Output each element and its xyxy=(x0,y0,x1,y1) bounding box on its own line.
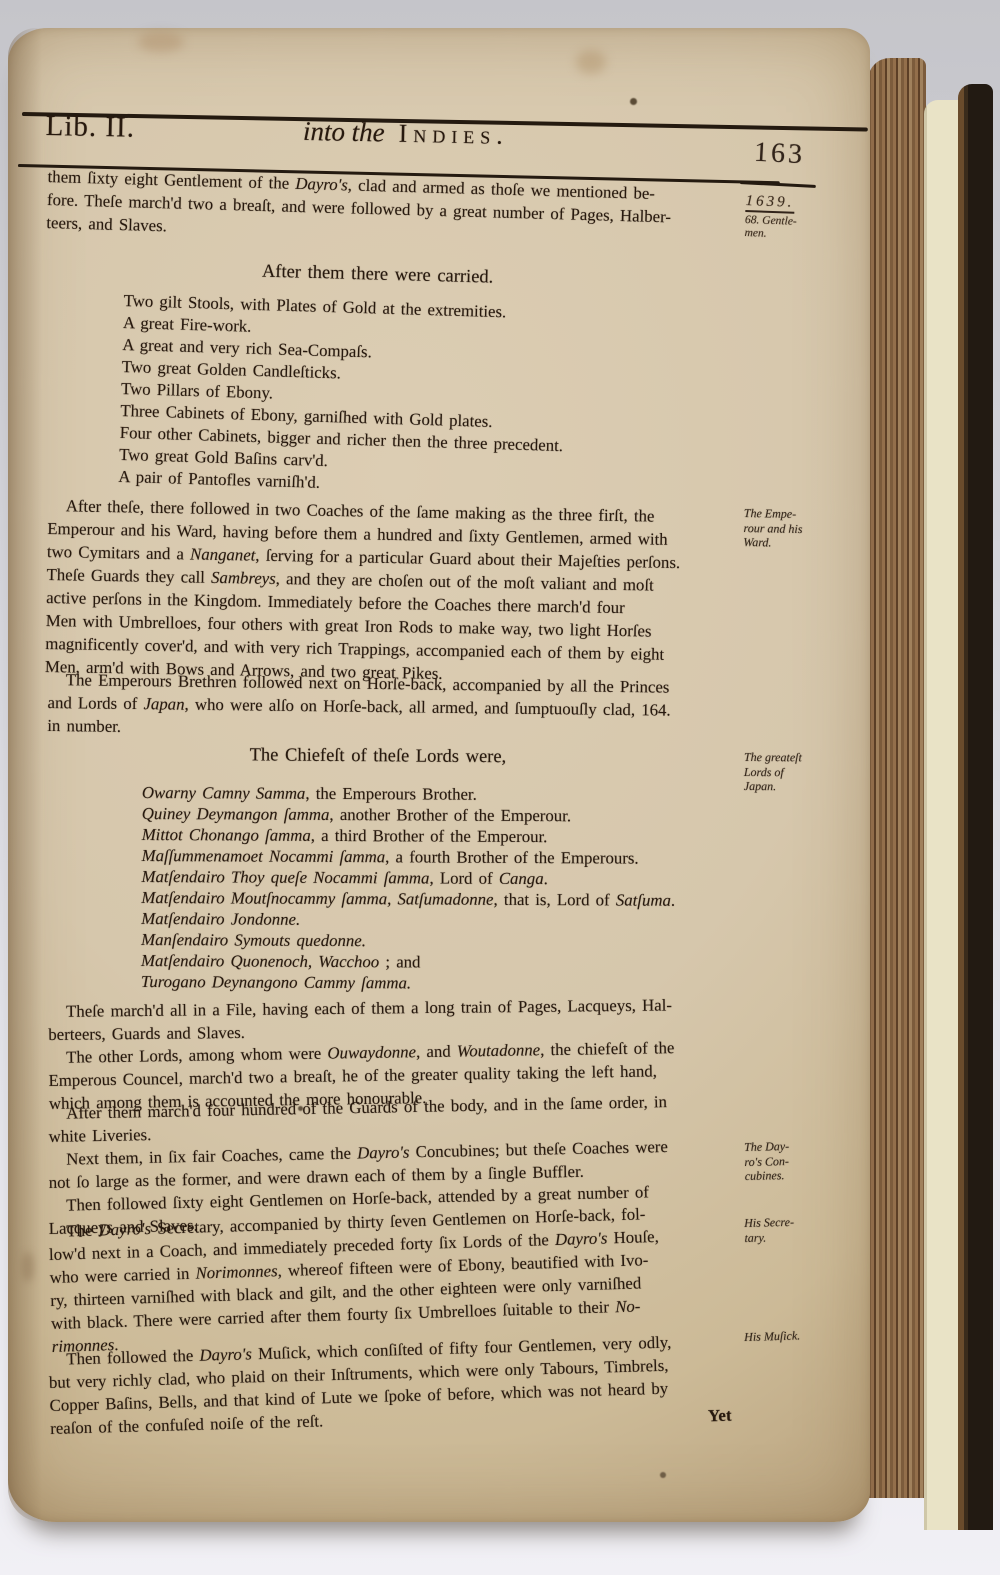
margin-note-year: 1639. 68. Gentle-men. xyxy=(744,192,797,242)
list-items-carried: Two gilt Stools, with Plates of Gold at … xyxy=(118,290,567,501)
stain xyxy=(576,50,606,74)
margin-note-concubines: The Day-ro's Con-cubines. xyxy=(744,1139,815,1184)
heading-lords: The Chiefeſt of theſe Lords were, xyxy=(48,744,708,770)
margin-note-secretary: His Secre-tary. xyxy=(744,1214,815,1245)
book-photo: Lib. II. into theIndies. 163 1639. 68. G… xyxy=(0,0,1000,1575)
margin-note-musick: His Muſick. xyxy=(744,1328,814,1344)
paragraph-emperour-coaches: After theſe, there followed in two Coach… xyxy=(45,494,681,689)
margin-note-lords: The greateſtLords ofJapan. xyxy=(744,750,814,794)
book-page: Lib. II. into theIndies. 163 1639. 68. G… xyxy=(8,28,870,1522)
text-line: Matſendairo Moutſnocammy ſamma, Satſumad… xyxy=(141,887,675,911)
page-header: Lib. II. into theIndies. xyxy=(45,110,756,157)
margin-note-emperour: The Empe-rour and hisWard. xyxy=(743,506,814,551)
ink-speck xyxy=(660,1472,666,1478)
paragraph-emperours-brethren: The Emperours Brethren followed next on … xyxy=(47,668,671,745)
text-line: Quiney Deymangon ſamma, another Brother … xyxy=(142,803,676,827)
text-line: Matſendairo Quonenoch, Wacchoo ; and xyxy=(141,950,675,974)
text-line: men. xyxy=(744,227,796,242)
text-line: tary. xyxy=(744,1229,814,1245)
text-line: ro's Con- xyxy=(744,1153,814,1169)
list-lords: Owarny Camny Samma, the Emperours Brothe… xyxy=(141,782,676,995)
running-title: into theIndies. xyxy=(303,116,509,151)
stain xyxy=(138,32,184,52)
running-title-caps: Indies. xyxy=(398,119,509,150)
book-fore-edge xyxy=(868,58,926,1498)
text-line: Mittot Chonango ſamma, a third Brother o… xyxy=(142,824,676,848)
margin-year-sub: 68. Gentle-men. xyxy=(744,214,797,242)
text-line: rour and his xyxy=(743,520,813,536)
gutter-shadow xyxy=(8,28,42,1522)
catchword: Yet xyxy=(708,1406,732,1427)
paragraph-musick: Then followed the Dayro's Muſick, which … xyxy=(48,1331,674,1440)
text-line: Manſendairo Symouts quedonne. xyxy=(141,929,675,953)
text-line: Owarny Camny Samma, the Emperours Brothe… xyxy=(142,782,676,806)
page-number: 163 xyxy=(753,137,806,172)
text-line: His Muſick. xyxy=(744,1328,814,1344)
book-cover-edge xyxy=(958,84,993,1530)
text-line: His Secre- xyxy=(744,1214,814,1230)
ink-speck xyxy=(630,98,637,105)
text-line: The greateſt xyxy=(744,750,814,765)
book-section-label: Lib. II. xyxy=(45,110,135,145)
text-line: Japan. xyxy=(744,779,814,794)
text-line: Ward. xyxy=(743,535,813,551)
text-line: The Empe- xyxy=(744,506,814,522)
page-number-rule xyxy=(740,181,816,188)
text-line: Maſſummenamoet Nocammi ſamma, a fourth B… xyxy=(142,845,676,869)
margin-year: 1639. xyxy=(745,193,794,214)
text-line: Matſendairo Jondonne. xyxy=(141,908,675,932)
text-line: The Day- xyxy=(744,1139,814,1155)
text-line: Turogano Deynangono Cammy ſamma. xyxy=(141,971,675,995)
text-line: Lords of xyxy=(744,764,814,779)
heading-carried: After them there were carried. xyxy=(47,256,707,294)
running-title-italic: into the xyxy=(303,116,385,148)
text-line: Matſendairo Thoy queſe Nocammi ſamma, Lo… xyxy=(141,866,675,890)
text-line: cubines. xyxy=(745,1168,815,1184)
